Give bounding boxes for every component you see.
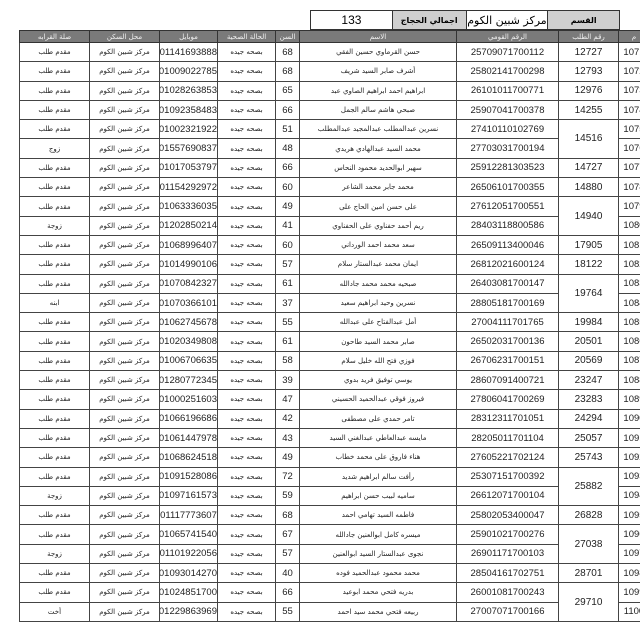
request-number-cell: 27038	[559, 525, 619, 564]
request-number-cell: 26828	[559, 506, 619, 525]
header-residence: محل السكن	[90, 31, 160, 43]
relation-cell: مقدم طلب	[20, 62, 90, 81]
age-cell: 49	[276, 448, 300, 467]
residence-cell: مركز شبين الكوم	[90, 448, 160, 467]
mobile-cell: 01093014270	[160, 564, 218, 583]
request-number-cell: 29710	[559, 583, 619, 622]
name-cell: محمد السيد عبدالهادي هريدي	[300, 139, 457, 158]
age-cell: 68	[276, 43, 300, 62]
relation-cell: مقدم طلب	[20, 467, 90, 486]
national-id-cell: 27703031700194	[457, 139, 559, 158]
request-number-cell: 23247	[559, 371, 619, 390]
mobile-cell: 01061447978	[160, 428, 218, 447]
index-cell: 1074	[619, 100, 640, 119]
index-cell: 1090	[619, 409, 640, 428]
mobile-cell: 01006706635	[160, 351, 218, 370]
mobile-cell: 01024851700	[160, 583, 218, 602]
table-row: 10882324728607091400721يوسي توفيق فريد ب…	[20, 371, 640, 390]
name-cell: أمل عبدالفتاح على عبدالله	[300, 313, 457, 332]
residence-cell: مركز شبين الكوم	[90, 371, 160, 390]
national-id-cell: 27612051700551	[457, 197, 559, 216]
health-status-cell: بصحه جيده	[218, 100, 276, 119]
mobile-cell: 01028263853	[160, 81, 218, 100]
summary-table: القسم مركز شبين الكوم اجمالي الحجاج 133	[310, 10, 620, 30]
request-number-cell: 12727	[559, 43, 619, 62]
age-cell: 48	[276, 139, 300, 158]
health-status-cell: بصحه جيده	[218, 506, 276, 525]
mobile-cell: 01070842327	[160, 274, 218, 293]
residence-cell: مركز شبين الكوم	[90, 428, 160, 447]
national-id-cell: 26509113400046	[457, 235, 559, 254]
residence-cell: مركز شبين الكوم	[90, 274, 160, 293]
relation-cell: مقدم طلب	[20, 428, 90, 447]
table-body: 10711272725709071700112حسن القرماوي حسين…	[20, 43, 640, 622]
request-number-cell: 25057	[559, 428, 619, 447]
national-id-cell: 26506101700355	[457, 178, 559, 197]
residence-cell: مركز شبين الكوم	[90, 486, 160, 505]
name-cell: صبحي هاشم سالم الجمل	[300, 100, 457, 119]
mobile-cell: 01101922056	[160, 544, 218, 563]
name-cell: هناء فاروق على محمد خطاب	[300, 448, 457, 467]
index-cell: 1100	[619, 602, 640, 621]
name-cell: نسرين وحيد ابراهيم سعيد	[300, 293, 457, 312]
index-cell: 1089	[619, 390, 640, 409]
national-id-cell: 27806041700269	[457, 390, 559, 409]
table-row: 10711272725709071700112حسن القرماوي حسين…	[20, 43, 640, 62]
national-id-cell: 26901171700103	[457, 544, 559, 563]
age-cell: 39	[276, 371, 300, 390]
age-cell: 41	[276, 216, 300, 235]
age-cell: 60	[276, 235, 300, 254]
mobile-cell: 01063336035	[160, 197, 218, 216]
health-status-cell: بصحه جيده	[218, 564, 276, 583]
health-status-cell: بصحه جيده	[218, 274, 276, 293]
request-number-cell: 23283	[559, 390, 619, 409]
index-cell: 1087	[619, 351, 640, 370]
relation-cell: مقدم طلب	[20, 197, 90, 216]
age-cell: 66	[276, 583, 300, 602]
national-id-cell: 26101011700771	[457, 81, 559, 100]
table-row: 10892328327806041700269فيروز فوقي عبدالح…	[20, 390, 640, 409]
name-cell: فوزي فتح الله خليل سلام	[300, 351, 457, 370]
relation-cell: مقدم طلب	[20, 564, 90, 583]
table-row: 10862050126502031700136صابر محمد السيد ط…	[20, 332, 640, 351]
index-cell: 1098	[619, 564, 640, 583]
table-row: 10771472725912281303523سهير ابوالحديد مح…	[20, 158, 640, 177]
relation-cell: مقدم طلب	[20, 351, 90, 370]
request-number-cell: 25882	[559, 467, 619, 506]
name-cell: ميسره كامل ابوالعنين جادالله	[300, 525, 457, 544]
pilgrims-table: م رقم الطلب الرقم القومي الاسم السن الحا…	[19, 30, 640, 622]
relation-cell: زوجة	[20, 544, 90, 563]
request-number-cell: 12976	[559, 81, 619, 100]
header-national-id: الرقم القومي	[457, 31, 559, 43]
age-cell: 61	[276, 274, 300, 293]
name-cell: ربيعه فتحي محمد سيد احمد	[300, 602, 457, 621]
residence-cell: مركز شبين الكوم	[90, 602, 160, 621]
header-name: الاسم	[300, 31, 457, 43]
name-cell: ريم أحمد حفناوي على الحفناوي	[300, 216, 457, 235]
name-cell: ابراهيم احمد ابراهيم الصاوي عبد	[300, 81, 457, 100]
health-status-cell: بصحه جيده	[218, 216, 276, 235]
mobile-cell: 01154292972	[160, 178, 218, 197]
name-cell: نجوى عبدالستار السيد ابوالعنين	[300, 544, 457, 563]
residence-cell: مركز شبين الكوم	[90, 197, 160, 216]
relation-cell: مقدم طلب	[20, 120, 90, 139]
national-id-cell: 27605221702124	[457, 448, 559, 467]
name-cell: صابر محمد السيد طاحون	[300, 332, 457, 351]
department-value: مركز شبين الكوم	[466, 11, 548, 30]
table-header-row: م رقم الطلب الرقم القومي الاسم السن الحا…	[20, 31, 640, 43]
relation-cell: مقدم طلب	[20, 409, 90, 428]
health-status-cell: بصحه جيده	[218, 139, 276, 158]
national-id-cell: 25709071700112	[457, 43, 559, 62]
residence-cell: مركز شبين الكوم	[90, 43, 160, 62]
residence-cell: مركز شبين الكوم	[90, 293, 160, 312]
mobile-cell: 01092358483	[160, 100, 218, 119]
name-cell: محمد جابر محمد الشاعر	[300, 178, 457, 197]
relation-cell: مقدم طلب	[20, 158, 90, 177]
mobile-cell: 01009022785	[160, 62, 218, 81]
index-cell: 1072	[619, 62, 640, 81]
relation-cell: أخت	[20, 602, 90, 621]
health-status-cell: بصحه جيده	[218, 235, 276, 254]
request-number-cell: 14940	[559, 197, 619, 236]
age-cell: 47	[276, 390, 300, 409]
name-cell: فاطمه السيد تهامي احمد	[300, 506, 457, 525]
relation-cell: زوجة	[20, 486, 90, 505]
national-id-cell: 28403118800586	[457, 216, 559, 235]
health-status-cell: بصحه جيده	[218, 293, 276, 312]
name-cell: حسن القرماوي حسين الفقي	[300, 43, 457, 62]
residence-cell: مركز شبين الكوم	[90, 351, 160, 370]
name-cell: على حسن امين الحاج على	[300, 197, 457, 216]
residence-cell: مركز شبين الكوم	[90, 390, 160, 409]
relation-cell: مقدم طلب	[20, 255, 90, 274]
table-row: 10851998427004111701765أمل عبدالفتاح على…	[20, 313, 640, 332]
health-status-cell: بصحه جيده	[218, 120, 276, 139]
national-id-cell: 26502031700136	[457, 332, 559, 351]
national-id-cell: 27410110102769	[457, 120, 559, 139]
table-row: 110027007071700166ربيعه فتحي محمد سيد اح…	[20, 602, 640, 621]
relation-cell: مقدم طلب	[20, 100, 90, 119]
residence-cell: مركز شبين الكوم	[90, 506, 160, 525]
name-cell: فيروز فوقي عبدالحميد الحسيني	[300, 390, 457, 409]
table-row: 10922574327605221702124هناء فاروق على مح…	[20, 448, 640, 467]
age-cell: 68	[276, 506, 300, 525]
national-id-cell: 25912281303523	[457, 158, 559, 177]
index-cell: 1082	[619, 255, 640, 274]
name-cell: سهير ابوالحديد محمود النحاس	[300, 158, 457, 177]
table-row: 10872056926706231700151فوزي فتح الله خلي…	[20, 351, 640, 370]
request-number-cell: 14255	[559, 100, 619, 119]
health-status-cell: بصحه جيده	[218, 486, 276, 505]
residence-cell: مركز شبين الكوم	[90, 81, 160, 100]
name-cell: يوسي توفيق فريد بدوي	[300, 371, 457, 390]
table-row: 10902429428312311701051تامر حمدي على مصط…	[20, 409, 640, 428]
mobile-cell: 01091528086	[160, 467, 218, 486]
name-cell: صبحيه محمد محمد جادالله	[300, 274, 457, 293]
index-cell: 1080	[619, 216, 640, 235]
age-cell: 66	[276, 100, 300, 119]
age-cell: 59	[276, 486, 300, 505]
national-id-cell: 28504161702751	[457, 564, 559, 583]
national-id-cell: 26812021600124	[457, 255, 559, 274]
table-row: 10912505728205011701104مايسه عبدالعاطي ع…	[20, 428, 640, 447]
age-cell: 72	[276, 467, 300, 486]
relation-cell: مقدم طلب	[20, 332, 90, 351]
national-id-cell: 25907041700378	[457, 100, 559, 119]
name-cell: سعد محمد احمد الورداني	[300, 235, 457, 254]
national-id-cell: 25802053400047	[457, 506, 559, 525]
table-row: 10952682825802053400047فاطمه السيد تهامي…	[20, 506, 640, 525]
residence-cell: مركز شبين الكوم	[90, 139, 160, 158]
national-id-cell: 28312311701051	[457, 409, 559, 428]
header-health-status: الحالة الصحية	[218, 31, 276, 43]
request-number-cell: 14880	[559, 178, 619, 197]
name-cell: مايسه عبدالعاطي عبدالغني السيد	[300, 428, 457, 447]
relation-cell: زوجة	[20, 216, 90, 235]
health-status-cell: بصحه جيده	[218, 197, 276, 216]
health-status-cell: بصحه جيده	[218, 544, 276, 563]
health-status-cell: بصحه جيده	[218, 525, 276, 544]
mobile-cell: 01117773607	[160, 506, 218, 525]
age-cell: 49	[276, 197, 300, 216]
health-status-cell: بصحه جيده	[218, 602, 276, 621]
age-cell: 57	[276, 255, 300, 274]
health-status-cell: بصحه جيده	[218, 158, 276, 177]
table-row: 10791494027612051700551على حسن امين الحا…	[20, 197, 640, 216]
request-number-cell: 14727	[559, 158, 619, 177]
age-cell: 37	[276, 293, 300, 312]
relation-cell: مقدم طلب	[20, 43, 90, 62]
table-row: 10962703825901021700276ميسره كامل ابوالع…	[20, 525, 640, 544]
residence-cell: مركز شبين الكوم	[90, 216, 160, 235]
table-row: 10821812226812021600124ايمان محمد عبدالس…	[20, 255, 640, 274]
request-number-cell: 20569	[559, 351, 619, 370]
relation-cell: مقدم طلب	[20, 313, 90, 332]
request-number-cell: 20501	[559, 332, 619, 351]
index-cell: 1097	[619, 544, 640, 563]
national-id-cell: 28607091400721	[457, 371, 559, 390]
health-status-cell: بصحه جيده	[218, 371, 276, 390]
table-row: 10721279325802141700298أشرف صابر السيد ش…	[20, 62, 640, 81]
age-cell: 61	[276, 332, 300, 351]
name-cell: ايمان محمد عبدالستار سلام	[300, 255, 457, 274]
national-id-cell: 27007071700166	[457, 602, 559, 621]
age-cell: 55	[276, 602, 300, 621]
index-cell: 1073	[619, 81, 640, 100]
age-cell: 65	[276, 81, 300, 100]
request-number-cell: 28701	[559, 564, 619, 583]
national-id-cell: 25307151700392	[457, 467, 559, 486]
mobile-cell: 01066196686	[160, 409, 218, 428]
national-id-cell: 25901021700276	[457, 525, 559, 544]
residence-cell: مركز شبين الكوم	[90, 409, 160, 428]
relation-cell: مقدم طلب	[20, 178, 90, 197]
residence-cell: مركز شبين الكوم	[90, 332, 160, 351]
table-row: 10982870128504161702751محمد محمود عبدالح…	[20, 564, 640, 583]
request-number-cell: 25743	[559, 448, 619, 467]
residence-cell: مركز شبين الكوم	[90, 583, 160, 602]
department-label: القسم	[548, 11, 620, 30]
index-cell: 1094	[619, 486, 640, 505]
residence-cell: مركز شبين الكوم	[90, 564, 160, 583]
relation-cell: مقدم طلب	[20, 81, 90, 100]
name-cell: أشرف صابر السيد شريف	[300, 62, 457, 81]
national-id-cell: 26001081700243	[457, 583, 559, 602]
name-cell: محمد محمود عبدالحميد فوده	[300, 564, 457, 583]
request-number-cell: 14516	[559, 120, 619, 159]
table-row: 109426612071700104ساميه لبيب حسن ابراهيم…	[20, 486, 640, 505]
health-status-cell: بصحه جيده	[218, 62, 276, 81]
relation-cell: مقدم طلب	[20, 390, 90, 409]
residence-cell: مركز شبين الكوم	[90, 235, 160, 254]
mobile-cell: 01097161573	[160, 486, 218, 505]
table-row: 10731297626101011700771ابراهيم احمد ابرا…	[20, 81, 640, 100]
age-cell: 51	[276, 120, 300, 139]
total-pilgrims-label: اجمالي الحجاج	[392, 11, 466, 30]
mobile-cell: 01000251603	[160, 390, 218, 409]
national-id-cell: 27004111701765	[457, 313, 559, 332]
national-id-cell: 25802141700298	[457, 62, 559, 81]
residence-cell: مركز شبين الكوم	[90, 255, 160, 274]
health-status-cell: بصحه جيده	[218, 428, 276, 447]
index-cell: 1099	[619, 583, 640, 602]
mobile-cell: 01280772345	[160, 371, 218, 390]
health-status-cell: بصحه جيده	[218, 583, 276, 602]
health-status-cell: بصحه جيده	[218, 43, 276, 62]
mobile-cell: 01229863969	[160, 602, 218, 621]
index-cell: 1071	[619, 43, 640, 62]
table-row: 10932588225307151700392رأفت سالم ابراهيم…	[20, 467, 640, 486]
index-cell: 1086	[619, 332, 640, 351]
health-status-cell: بصحه جيده	[218, 409, 276, 428]
request-number-cell: 12793	[559, 62, 619, 81]
health-status-cell: بصحه جيده	[218, 332, 276, 351]
age-cell: 42	[276, 409, 300, 428]
age-cell: 60	[276, 178, 300, 197]
index-cell: 1078	[619, 178, 640, 197]
age-cell: 68	[276, 62, 300, 81]
national-id-cell: 26706231700151	[457, 351, 559, 370]
mobile-cell: 01070366101	[160, 293, 218, 312]
mobile-cell: 01014990106	[160, 255, 218, 274]
national-id-cell: 26403081700147	[457, 274, 559, 293]
index-cell: 1092	[619, 448, 640, 467]
total-pilgrims-value: 133	[311, 11, 393, 30]
table-row: 107627703031700194محمد السيد عبدالهادي ه…	[20, 139, 640, 158]
age-cell: 67	[276, 525, 300, 544]
header-index: م	[619, 31, 640, 43]
table-row: 10992971026001081700243بدريه فتحي محمد ا…	[20, 583, 640, 602]
relation-cell: ابنه	[20, 293, 90, 312]
mobile-cell: 01557690837	[160, 139, 218, 158]
header-request-number: رقم الطلب	[559, 31, 619, 43]
index-cell: 1075	[619, 120, 640, 139]
mobile-cell: 01068624518	[160, 448, 218, 467]
age-cell: 43	[276, 428, 300, 447]
health-status-cell: بصحه جيده	[218, 313, 276, 332]
index-cell: 1084	[619, 293, 640, 312]
header-relation: صلة القرابه	[20, 31, 90, 43]
index-cell: 1096	[619, 525, 640, 544]
index-cell: 1081	[619, 235, 640, 254]
index-cell: 1083	[619, 274, 640, 293]
age-cell: 55	[276, 313, 300, 332]
mobile-cell: 01065741540	[160, 525, 218, 544]
national-id-cell: 28805181700169	[457, 293, 559, 312]
index-cell: 1079	[619, 197, 640, 216]
health-status-cell: بصحه جيده	[218, 351, 276, 370]
relation-cell: مقدم طلب	[20, 583, 90, 602]
residence-cell: مركز شبين الكوم	[90, 62, 160, 81]
header-age: السن	[276, 31, 300, 43]
table-row: 10811790526509113400046سعد محمد احمد الو…	[20, 235, 640, 254]
mobile-cell: 01202850214	[160, 216, 218, 235]
relation-cell: مقدم طلب	[20, 506, 90, 525]
relation-cell: مقدم طلب	[20, 448, 90, 467]
health-status-cell: بصحه جيده	[218, 390, 276, 409]
index-cell: 1093	[619, 467, 640, 486]
mobile-cell: 01020349808	[160, 332, 218, 351]
residence-cell: مركز شبين الكوم	[90, 467, 160, 486]
relation-cell: مقدم طلب	[20, 235, 90, 254]
header-mobile: موبايل	[160, 31, 218, 43]
index-cell: 1091	[619, 428, 640, 447]
mobile-cell: 01141693888	[160, 43, 218, 62]
request-number-cell: 17905	[559, 235, 619, 254]
residence-cell: مركز شبين الكوم	[90, 100, 160, 119]
residence-cell: مركز شبين الكوم	[90, 178, 160, 197]
mobile-cell: 01068996407	[160, 235, 218, 254]
residence-cell: مركز شبين الكوم	[90, 120, 160, 139]
relation-cell: مقدم طلب	[20, 274, 90, 293]
mobile-cell: 01017053797	[160, 158, 218, 177]
index-cell: 1077	[619, 158, 640, 177]
name-cell: نسرين عبدالمطلب عبدالمجيد عبدالمطلب	[300, 120, 457, 139]
table-row: 109726901171700103نجوى عبدالستار السيد ا…	[20, 544, 640, 563]
mobile-cell: 01062745678	[160, 313, 218, 332]
request-number-cell: 24294	[559, 409, 619, 428]
table-row: 10831976426403081700147صبحيه محمد محمد ج…	[20, 274, 640, 293]
table-row: 108428805181700169نسرين وحيد ابراهيم سعي…	[20, 293, 640, 312]
national-id-cell: 28205011701104	[457, 428, 559, 447]
index-cell: 1095	[619, 506, 640, 525]
table-row: 10751451627410110102769نسرين عبدالمطلب ع…	[20, 120, 640, 139]
health-status-cell: بصحه جيده	[218, 467, 276, 486]
name-cell: تامر حمدي على مصطفى	[300, 409, 457, 428]
residence-cell: مركز شبين الكوم	[90, 544, 160, 563]
request-number-cell: 18122	[559, 255, 619, 274]
age-cell: 58	[276, 351, 300, 370]
residence-cell: مركز شبين الكوم	[90, 158, 160, 177]
name-cell: رأفت سالم ابراهيم شديد	[300, 467, 457, 486]
national-id-cell: 26612071700104	[457, 486, 559, 505]
age-cell: 57	[276, 544, 300, 563]
relation-cell: مقدم طلب	[20, 371, 90, 390]
name-cell: بدريه فتحي محمد ابوعيد	[300, 583, 457, 602]
health-status-cell: بصحه جيده	[218, 178, 276, 197]
index-cell: 1076	[619, 139, 640, 158]
mobile-cell: 01002321922	[160, 120, 218, 139]
residence-cell: مركز شبين الكوم	[90, 525, 160, 544]
index-cell: 1085	[619, 313, 640, 332]
residence-cell: مركز شبين الكوم	[90, 313, 160, 332]
relation-cell: زوج	[20, 139, 90, 158]
age-cell: 40	[276, 564, 300, 583]
table-row: 10741425525907041700378صبحي هاشم سالم ال…	[20, 100, 640, 119]
